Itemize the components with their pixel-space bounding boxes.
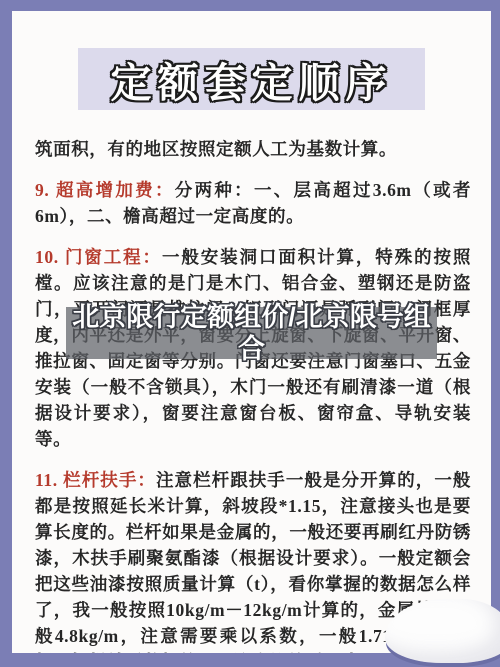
title-banner: 定额套定顺序 <box>78 48 425 110</box>
watermark-line-2: 合 <box>238 334 265 364</box>
page-title: 定额套定顺序 <box>111 50 393 109</box>
section-9-heading: 9. 超高增加费： <box>35 180 175 200</box>
watermark-text: 北京限行定额组价/北京限号组 合 <box>66 301 437 365</box>
section-9: 9. 超高增加费：分两种：一、层高超过3.6m（或者6m），二、檐高超过一定高度… <box>35 177 471 229</box>
paragraph-text: 筑面积，有的地区按照定额人工为基数计算。 <box>35 139 397 159</box>
watermark-overlay: 北京限行定额组价/北京限号组 合 <box>66 307 437 359</box>
article-content: 筑面积，有的地区按照定额人工为基数计算。 9. 超高增加费：分两种：一、层高超过… <box>12 136 491 653</box>
card-frame: 定额套定顺序 筑面积，有的地区按照定额人工为基数计算。 9. 超高增加费：分两种… <box>0 0 500 667</box>
section-10-heading: 10. 门窗工程： <box>35 247 162 267</box>
paragraph-continuation: 筑面积，有的地区按照定额人工为基数计算。 <box>35 136 471 162</box>
card-body: 定额套定顺序 筑面积，有的地区按照定额人工为基数计算。 9. 超高增加费：分两种… <box>12 11 491 653</box>
watermark-line-1: 北京限行定额组价/北京限号组 <box>72 302 431 332</box>
section-11-heading: 11. 栏杆扶手： <box>35 470 156 490</box>
